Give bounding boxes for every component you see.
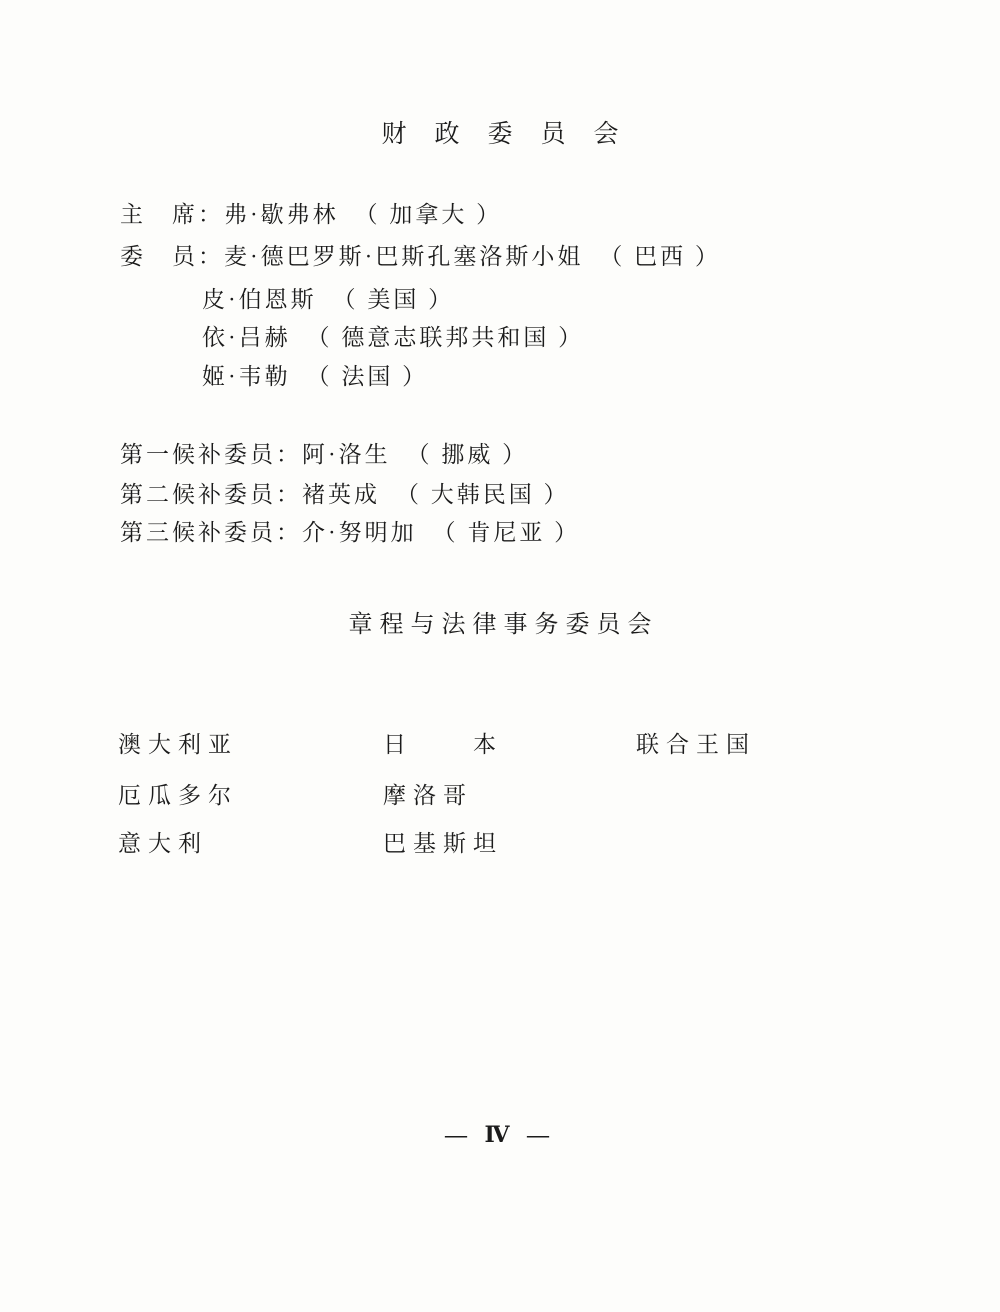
alternate-name: 褚英成	[302, 476, 380, 509]
alternate-label: 第一候补委员：	[120, 436, 302, 469]
member-row: 依·吕赫（ 德意志联邦共和国 ）	[202, 319, 584, 352]
country-cell: 摩洛哥	[383, 777, 473, 810]
member-row: 皮·伯恩斯（ 美国 ）	[202, 281, 454, 314]
alternate-country: （ 肯尼亚 ）	[433, 514, 581, 547]
member-name: 姬·韦勒	[202, 358, 291, 391]
alternate-name: 介·努明加	[302, 514, 417, 547]
country-cell: 澳大利亚	[118, 726, 238, 759]
alternate-country: （ 挪威 ）	[407, 436, 529, 469]
country-cell: 巴基斯坦	[383, 825, 503, 858]
alternate-country: （ 大韩民国 ）	[396, 476, 570, 509]
members-label: 委 员：	[120, 238, 224, 271]
finance-committee-title: 财政委员会	[0, 114, 1000, 150]
chairman-name: 弗·歇弗林	[224, 196, 339, 229]
member-country: （ 巴西 ）	[599, 238, 721, 271]
alternate-label: 第二候补委员：	[120, 476, 302, 509]
alternate-name: 阿·洛生	[302, 436, 391, 469]
country-cell: 意大利	[118, 825, 208, 858]
alternate-row: 第二候补委员：褚英成（ 大韩民国 ）	[120, 476, 570, 509]
chairman-label: 主 席：	[120, 196, 224, 229]
page-number: — Ⅳ —	[0, 1122, 1000, 1148]
alternate-row: 第一候补委员：阿·洛生（ 挪威 ）	[120, 436, 528, 469]
chairman-country: （ 加拿大 ）	[355, 196, 503, 229]
member-name: 皮·伯恩斯	[202, 281, 317, 314]
member-country: （ 美国 ）	[333, 281, 455, 314]
alternate-label: 第三候补委员：	[120, 514, 302, 547]
country-cell: 日 本	[383, 726, 503, 759]
chairman-row: 主 席：弗·歇弗林（ 加拿大 ）	[120, 196, 502, 229]
member-name: 依·吕赫	[202, 319, 291, 352]
document-page: 财政委员会 主 席：弗·歇弗林（ 加拿大 ） 委 员：麦·德巴罗斯·巴斯孔塞洛斯…	[0, 0, 1000, 1312]
alternate-row: 第三候补委员：介·努明加（ 肯尼亚 ）	[120, 514, 580, 547]
member-row: 姬·韦勒（ 法国 ）	[202, 358, 428, 391]
member-country: （ 法国 ）	[307, 358, 429, 391]
country-cell: 厄瓜多尔	[118, 777, 238, 810]
country-cell: 联合王国	[636, 726, 756, 759]
legal-committee-title: 章程与法律事务委员会	[0, 604, 1000, 639]
member-country: （ 德意志联邦共和国 ）	[307, 319, 585, 352]
member-row: 委 员：麦·德巴罗斯·巴斯孔塞洛斯小姐（ 巴西 ）	[120, 238, 721, 271]
member-name: 麦·德巴罗斯·巴斯孔塞洛斯小姐	[224, 238, 583, 271]
